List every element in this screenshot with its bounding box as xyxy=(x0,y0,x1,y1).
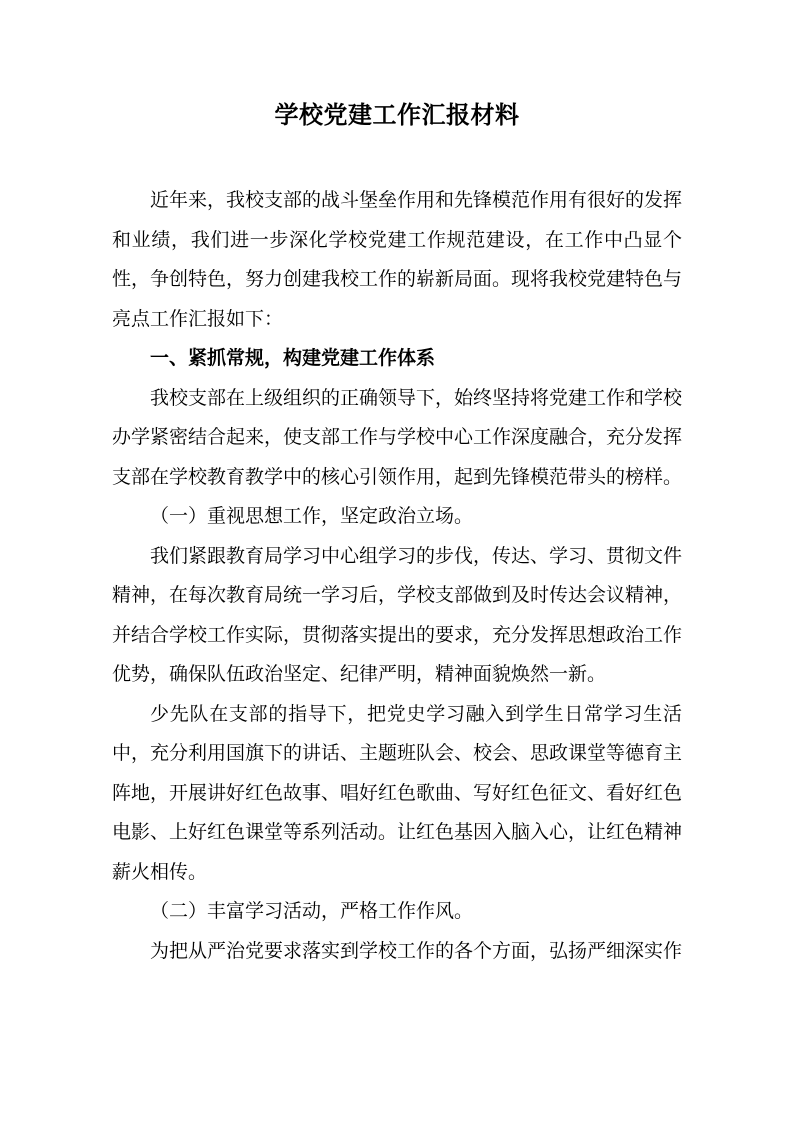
subsection-1-heading: （一）重视思想工作，坚定政治立场。 xyxy=(112,497,682,537)
subsection-1-paragraph-2: 少先队在支部的指导下，把党史学习融入到学生日常学习生活中，充分利用国旗下的讲话、… xyxy=(112,695,682,893)
subsection-1-paragraph-1: 我们紧跟教育局学习中心组学习的步伐，传达、学习、贯彻文件精神，在每次教育局统一学… xyxy=(112,537,682,695)
document-page: 学校党建工作汇报材料 近年来，我校支部的战斗堡垒作用和先锋模范作用有很好的发挥和… xyxy=(0,0,793,1122)
document-title: 学校党建工作汇报材料 xyxy=(112,97,682,135)
subsection-2-heading: （二）丰富学习活动，严格工作作风。 xyxy=(112,892,682,932)
intro-paragraph: 近年来，我校支部的战斗堡垒作用和先锋模范作用有很好的发挥和业绩，我们进一步深化学… xyxy=(112,181,682,339)
section-1-heading: 一、紧抓常规，构建党建工作体系 xyxy=(112,339,682,379)
document-body: 学校党建工作汇报材料 近年来，我校支部的战斗堡垒作用和先锋模范作用有很好的发挥和… xyxy=(0,0,793,971)
subsection-2-paragraph-1: 为把从严治党要求落实到学校工作的各个方面，弘扬严细深实作 xyxy=(112,932,682,972)
section-1-paragraph: 我校支部在上级组织的正确领导下，始终坚持将党建工作和学校办学紧密结合起来，使支部… xyxy=(112,379,682,498)
